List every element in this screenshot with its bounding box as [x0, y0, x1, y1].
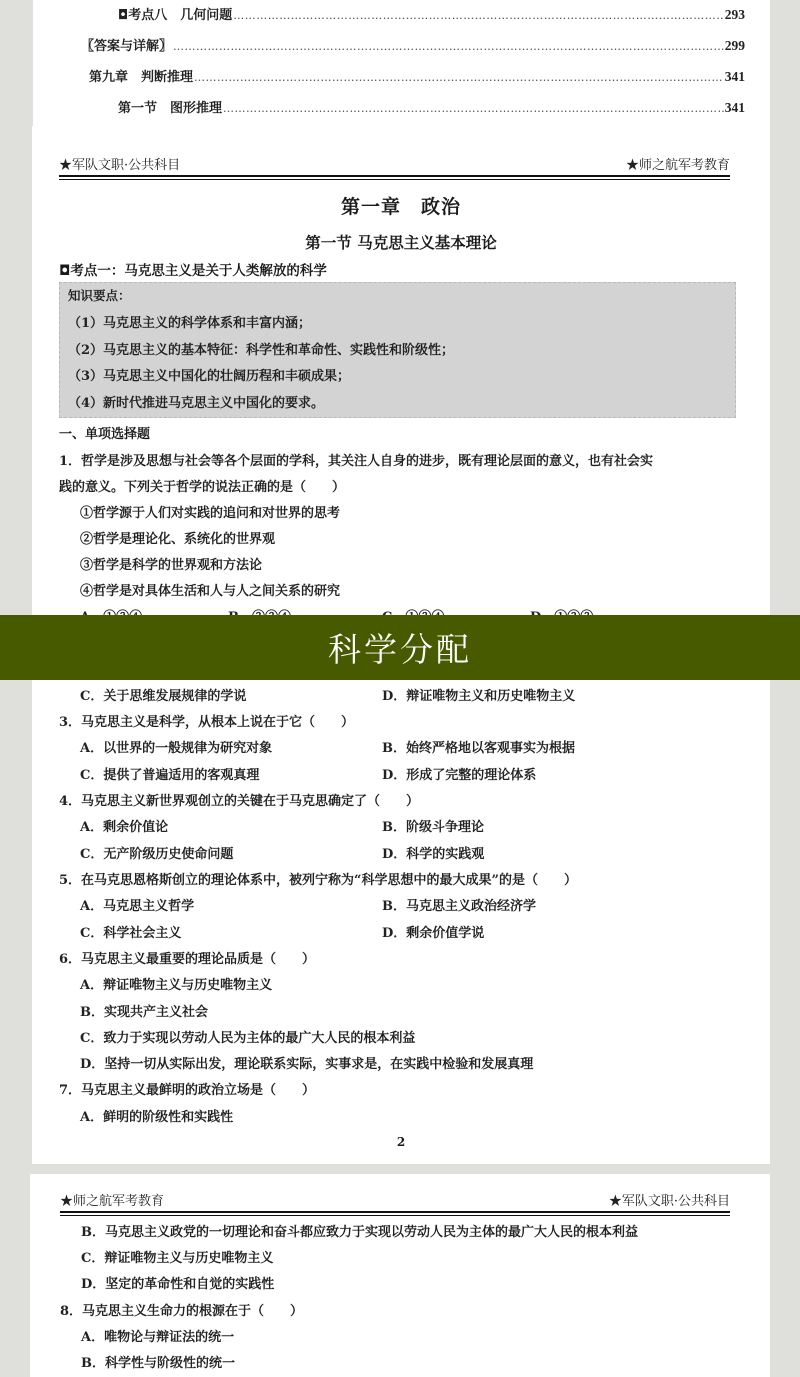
question-7-option-b: B．马克思主义政党的一切理论和奋斗都应致力于实现以劳动人民为主体的最广大人民的根…	[81, 1221, 638, 1240]
chapter-title: 第一章 政治	[32, 192, 770, 219]
toc-row-kaodian-8: ◘考点八 几何问题 …………………………………………………………………………………	[118, 4, 745, 23]
toc-page-number: 293	[725, 7, 745, 23]
question-5-option-a: A．马克思主义哲学	[80, 895, 194, 914]
question-1-stem-line-2: 践的意义。下列关于哲学的说法正确的是（ ）	[59, 476, 345, 495]
toc-label: ◘考点八 几何问题	[118, 4, 232, 23]
question-1-statement: ①哲学源于人们对实践的追问和对世界的思考	[80, 502, 340, 521]
knowledge-point: （3）马克思主义中国化的壮阔历程和丰硕成果；	[68, 364, 727, 391]
toc-leader-dots: ……………………………………………………………………………………………………………	[194, 71, 724, 84]
knowledge-point: （4）新时代推进马克思主义中国化的要求。	[68, 391, 727, 418]
question-2-option-c: C．关于思维发展规律的学说	[80, 685, 246, 704]
section-title: 第一节 马克思主义基本理论	[32, 231, 770, 253]
question-4-option-b: B．阶级斗争理论	[382, 816, 484, 835]
question-6-stem: 6．马克思主义最重要的理论品质是（ ）	[59, 948, 315, 967]
question-7-option-d: D．坚定的革命性和自觉的实践性	[81, 1273, 274, 1292]
toc-row-chapter-9: 第九章 判断推理 ……………………………………………………………………………………	[89, 66, 745, 85]
question-3-option-b: B．始终严格地以客观事实为根据	[382, 737, 575, 756]
toc-leader-dots: ……………………………………………………………………………………………………………	[223, 102, 724, 115]
question-6-option-a: A．辩证唯物主义与历史唯物主义	[80, 974, 272, 993]
banner-text: 科学分配	[328, 624, 472, 671]
kaodian-heading: ◘考点一：马克思主义是关于人类解放的科学	[59, 259, 327, 279]
question-5-option-b: B．马克思主义政治经济学	[382, 895, 536, 914]
question-8-option-b: B．科学性与阶级性的统一	[81, 1352, 235, 1371]
knowledge-point: （1）马克思主义的科学体系和丰富内涵；	[68, 311, 727, 338]
toc-leader-dots: ……………………………………………………………………………………………………………	[173, 40, 724, 53]
question-6-option-b: B．实现共产主义社会	[80, 1001, 208, 1020]
question-7-option-c: C．辩证唯物主义与历史唯物主义	[81, 1247, 273, 1266]
toc-page-number: 341	[725, 69, 745, 85]
header-right-text: ★军队文职·公共科目	[609, 1190, 730, 1209]
header-left-text: ★军队文职·公共科目	[59, 154, 180, 173]
question-5-stem: 5．在马克思恩格斯创立的理论体系中，被列宁称为“科学思想中的最大成果”的是（ ）	[59, 869, 577, 888]
question-6-option-d: D．坚持一切从实际出发，理论联系实际，实事求是，在实践中检验和发展真理	[80, 1053, 533, 1072]
question-4-option-d: D．科学的实践观	[382, 843, 484, 862]
question-1-stem-line-1: 1．哲学是涉及思想与社会等各个层面的学科，其关注人自身的进步，既有理论层面的意义…	[59, 450, 653, 469]
toc-row-section-1: 第一节 图形推理 ……………………………………………………………………………………	[118, 97, 745, 116]
question-4-option-c: C．无产阶级历史使命问题	[80, 843, 233, 862]
header-divider	[60, 1211, 730, 1216]
knowledge-points-box: 知识要点： （1）马克思主义的科学体系和丰富内涵； （2）马克思主义的基本特征：…	[59, 282, 736, 418]
question-3-stem: 3．马克思主义是科学，从根本上说在于它（ ）	[59, 711, 354, 730]
question-8-option-a: A．唯物论与辩证法的统一	[81, 1326, 234, 1345]
question-4-option-a: A．剩余价值论	[80, 816, 168, 835]
toc-page-number: 299	[725, 38, 745, 54]
question-5-option-c: C．科学社会主义	[80, 922, 181, 941]
question-1-statement: ③哲学是科学的世界观和方法论	[80, 554, 262, 573]
question-4-stem: 4．马克思主义新世界观创立的关键在于马克思确定了（ ）	[59, 790, 419, 809]
toc-leader-dots: ……………………………………………………………………………………………………………	[233, 9, 723, 22]
header-right-text: ★师之航军考教育	[626, 154, 730, 173]
question-3-option-a: A．以世界的一般规律为研究对象	[80, 737, 272, 756]
toc-page-fragment: ◘考点八 几何问题 …………………………………………………………………………………	[33, 0, 770, 126]
question-3-option-d: D．形成了完整的理论体系	[382, 764, 536, 783]
toc-label: 第一节 图形推理	[118, 97, 222, 116]
question-1-statement: ②哲学是理论化、系统化的世界观	[80, 528, 275, 547]
question-8-stem: 8．马克思主义生命力的根源在于（ ）	[60, 1300, 303, 1319]
question-5-option-d: D．剩余价值学说	[382, 922, 484, 941]
running-header: ★军队文职·公共科目 ★师之航军考教育	[59, 154, 730, 173]
question-2-option-d: D．辩证唯物主义和历史唯物主义	[382, 685, 575, 704]
question-3-option-c: C．提供了普遍适用的客观真理	[80, 764, 259, 783]
toc-row-answers: 〖答案与详解〗 ………………………………………………………………………………………	[81, 35, 745, 54]
question-section-title: 一、单项选择题	[59, 423, 150, 442]
header-left-text: ★师之航军考教育	[60, 1190, 164, 1209]
question-1-statement: ④哲学是对具体生活和人与人之间关系的研究	[80, 580, 340, 599]
section-banner: 科学分配	[0, 615, 800, 680]
question-7-option-a: A．鲜明的阶级性和实践性	[80, 1106, 233, 1125]
page-number: 2	[32, 1135, 770, 1149]
knowledge-point: （2）马克思主义的基本特征：科学性和革命性、实践性和阶级性；	[68, 338, 727, 365]
question-7-stem: 7．马克思主义最鲜明的政治立场是（ ）	[59, 1079, 315, 1098]
book-page-3: ★师之航军考教育 ★军队文职·公共科目 B．马克思主义政党的一切理论和奋斗都应致…	[30, 1174, 770, 1377]
header-divider	[59, 175, 730, 180]
toc-label: 〖答案与详解〗	[81, 35, 172, 54]
toc-label: 第九章 判断推理	[89, 66, 193, 85]
toc-page-number: 341	[725, 100, 745, 116]
question-6-option-c: C．致力于实现以劳动人民为主体的最广大人民的根本利益	[80, 1027, 415, 1046]
knowledge-box-title: 知识要点：	[68, 287, 727, 311]
running-header: ★师之航军考教育 ★军队文职·公共科目	[60, 1190, 730, 1209]
